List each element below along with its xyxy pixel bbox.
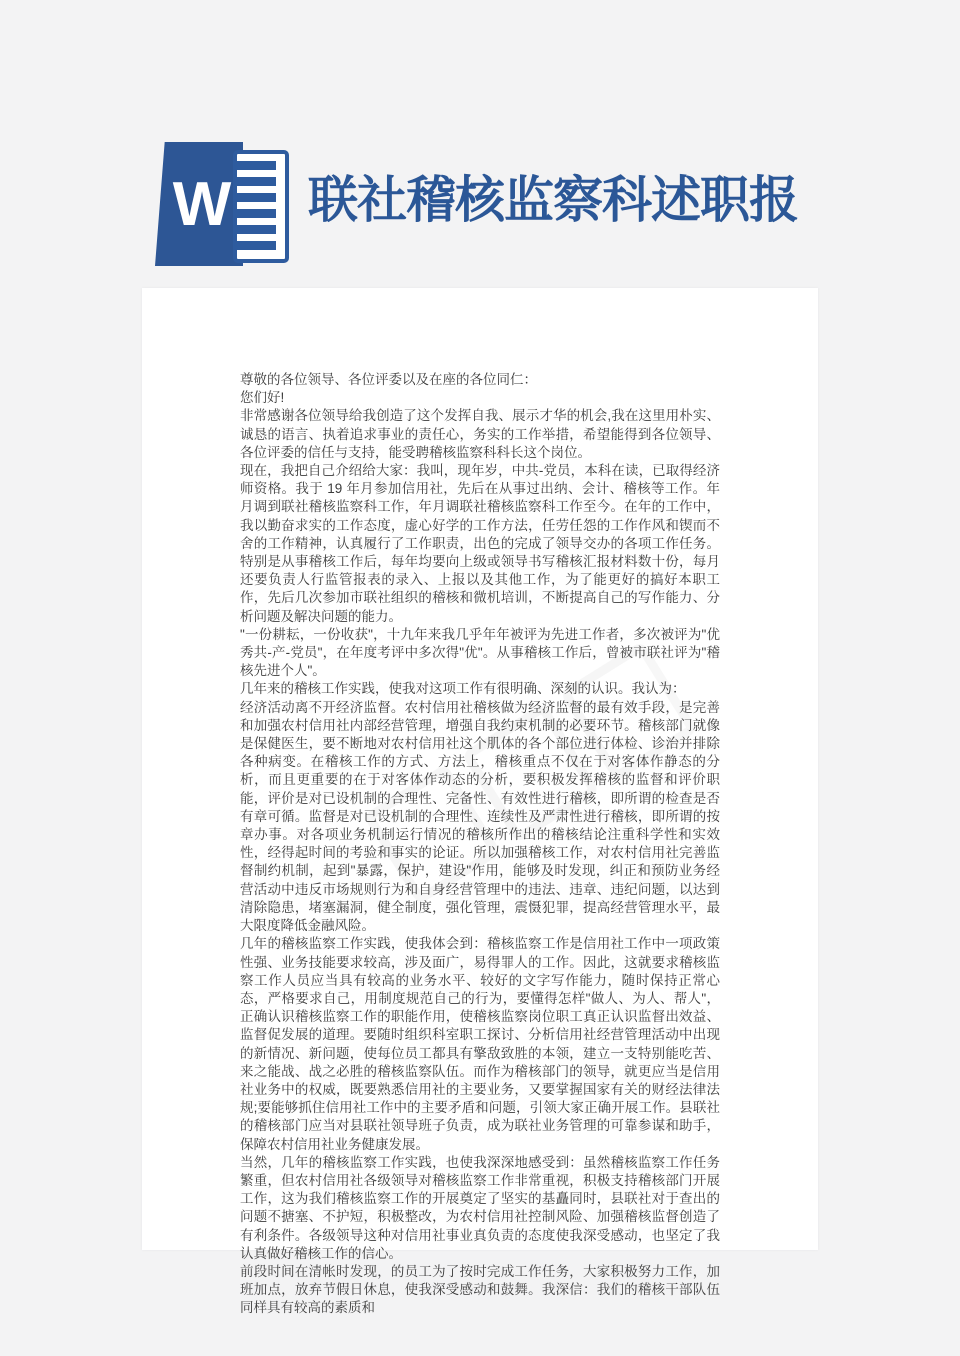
logo-stripe bbox=[237, 225, 276, 234]
document-body-text: 尊敬的各位领导、各位评委以及在座的各位同仁：您们好!非常感谢各位领导给我创造了这… bbox=[240, 371, 720, 1318]
logo-stripe bbox=[237, 193, 276, 202]
logo-stripe bbox=[237, 161, 276, 170]
paragraph: 尊敬的各位领导、各位评委以及在座的各位同仁： bbox=[240, 371, 720, 389]
logo-stripe bbox=[237, 241, 276, 250]
paragraph: 非常感谢各位领导给我创造了这个发挥自我、展示才华的机会,我在这里用朴实、诚恳的语… bbox=[240, 407, 720, 462]
paragraph: 现在，我把自己介绍给大家：我叫，现年岁，中共-党员，本科在读，已取得经济师资格。… bbox=[240, 462, 720, 626]
logo-stripe bbox=[237, 177, 276, 186]
document-page: 尊敬的各位领导、各位评委以及在座的各位同仁：您们好!非常感谢各位领导给我创造了这… bbox=[142, 288, 818, 1250]
paragraph: 几年来的稽核工作实践，使我对这项工作有很明确、深刻的认识。我认为： bbox=[240, 680, 720, 698]
paragraph: "一份耕耘，一份收获"，十九年来我几乎年年被评为先进工作者，多次被评为"优秀共-… bbox=[240, 626, 720, 681]
word-logo-letter: W bbox=[173, 169, 232, 240]
word-logo-panel: W bbox=[155, 142, 243, 266]
word-logo-page bbox=[233, 150, 289, 263]
page-title: 联社稽核监察科述职报 bbox=[308, 160, 798, 232]
paragraph: 前段时间在清帐时发现，的员工为了按时完成工作任务，大家积极努力工作，加班加点，放… bbox=[240, 1263, 720, 1318]
paragraph: 当然，几年的稽核监察工作实践，也使我深深地感受到：虽然稽核监察工作任务繁重，但农… bbox=[240, 1154, 720, 1263]
paragraph: 经济活动离不开经济监督。农村信用社稽核做为经济监督的最有效手段，是完善和加强农村… bbox=[240, 699, 720, 936]
paragraph: 您们好! bbox=[240, 389, 720, 407]
word-logo-icon: W bbox=[155, 140, 289, 268]
logo-stripe bbox=[237, 209, 276, 218]
paragraph: 几年的稽核监察工作实践，使我体会到：稽核监察工作是信用社工作中一项政策性强、业务… bbox=[240, 935, 720, 1153]
